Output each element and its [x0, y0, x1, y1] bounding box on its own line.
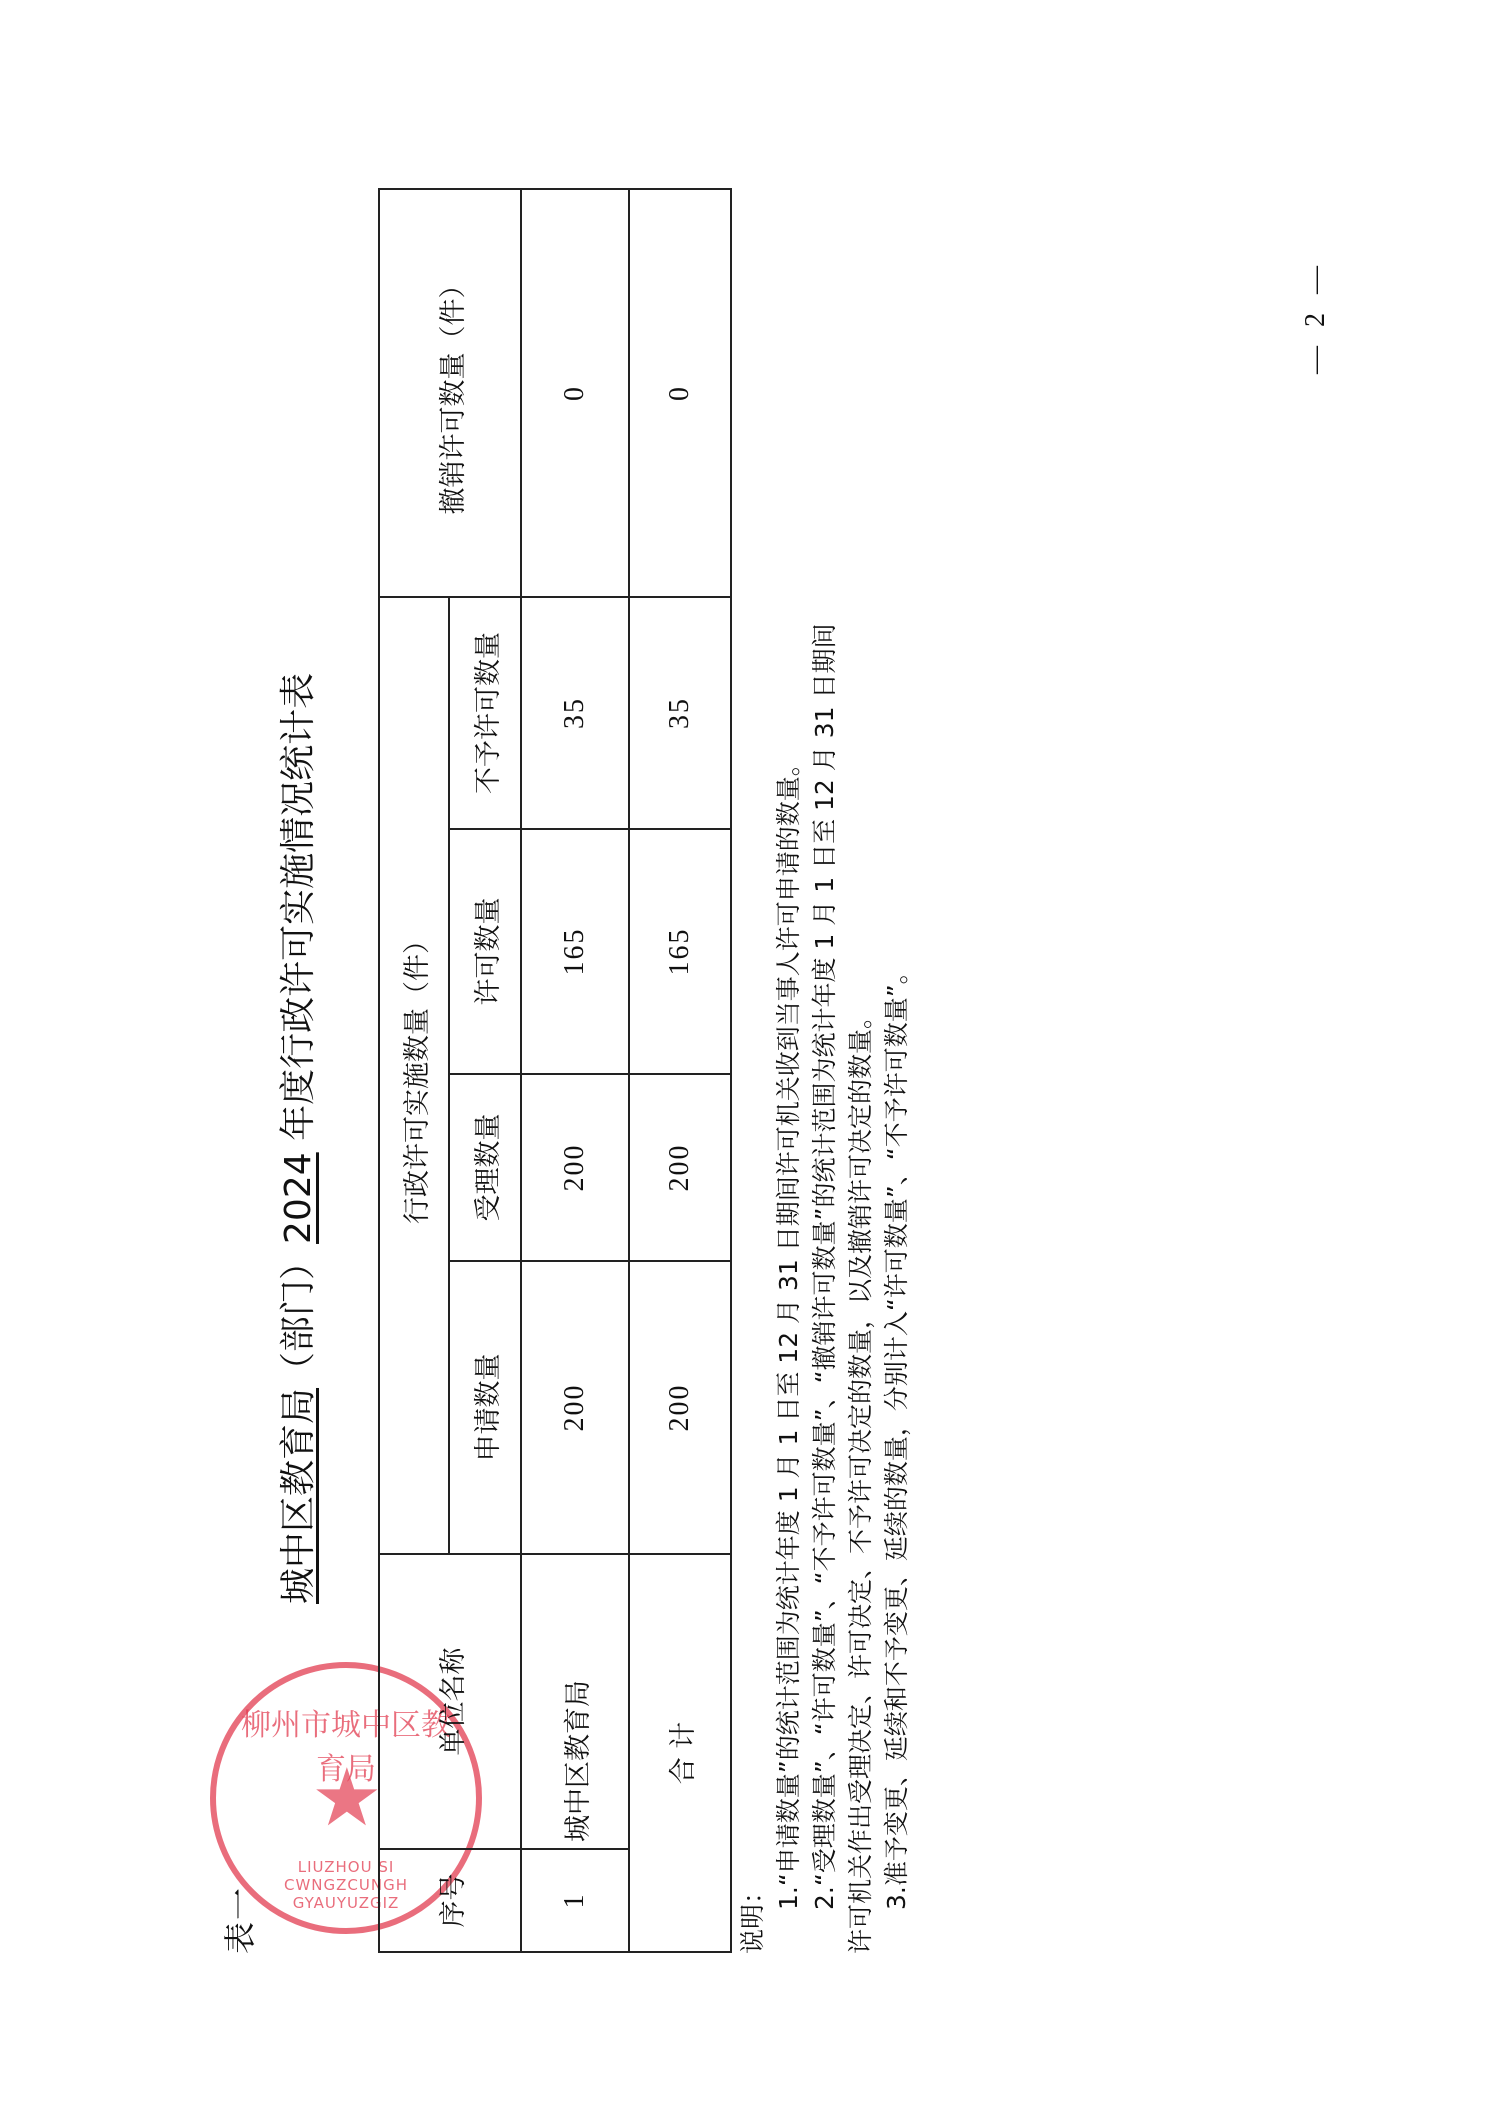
note-item: 2.“受理数量”、“许可数量”、“不予许可数量”、“撤销许可数量”的统计范围为统… [807, 234, 843, 1954]
cell-unit: 城中区教育局 [521, 1554, 629, 1849]
title-year: 2024 [278, 1152, 319, 1244]
table-label: 表一 [215, 1886, 261, 1954]
seal-star-icon: ★ [311, 1763, 383, 1833]
document-page: 表一 城中区教育局（部门）2024 年度行政许可实施情况统计表 柳州市城中区教育… [0, 0, 1488, 2104]
notes-section: 说明： 1.“申请数量”的统计范围为统计年度 1 月 1 日至 12 月 31 … [735, 234, 915, 1954]
header-seq: 序号 [379, 1849, 521, 1952]
header-applied: 申请数量 [449, 1261, 521, 1554]
note-item: 许可机关作出受理决定、许可决定、不予许可决定的数量，以及撤销许可决定的数量。 [843, 234, 879, 1954]
title-rest: 年度行政许可实施情况统计表 [278, 673, 319, 1141]
cell-total-label: 合 计 [629, 1554, 731, 1952]
header-revoked: 撤销许可数量（件） [379, 189, 521, 597]
page-title: 城中区教育局（部门）2024 年度行政许可实施情况统计表 [270, 673, 321, 1604]
cell-denied: 35 [521, 597, 629, 829]
cell-accepted: 200 [521, 1074, 629, 1261]
header-granted: 许可数量 [449, 829, 521, 1074]
cell-total-applied: 200 [629, 1261, 731, 1554]
cell-total-revoked: 0 [629, 189, 731, 597]
header-accepted: 受理数量 [449, 1074, 521, 1261]
title-dept: （部门） [278, 1244, 319, 1388]
cell-total-accepted: 200 [629, 1074, 731, 1261]
statistics-table: 序号 单位名称 行政许可实施数量（件） 撤销许可数量（件） 申请数量 受理数量 … [378, 188, 732, 1953]
cell-revoked: 0 [521, 189, 629, 597]
header-unit: 单位名称 [379, 1554, 521, 1849]
note-item: 1.“申请数量”的统计范围为统计年度 1 月 1 日至 12 月 31 日期间许… [771, 234, 807, 1954]
cell-seq: 1 [521, 1849, 629, 1952]
title-unit: 城中区教育局 [278, 1388, 319, 1604]
notes-heading: 说明： [735, 234, 771, 1954]
header-group: 行政许可实施数量（件） [379, 597, 449, 1554]
cell-total-denied: 35 [629, 597, 731, 829]
cell-total-granted: 165 [629, 829, 731, 1074]
page-number: — 2 — [1300, 260, 1332, 374]
header-denied: 不予许可数量 [449, 597, 521, 829]
cell-granted: 165 [521, 829, 629, 1074]
note-item: 3.准予变更、延续和不予变更、延续的数量，分别计入“许可数量”、“不予许可数量”… [879, 234, 915, 1954]
table-total-row: 合 计 200 200 165 35 0 [629, 189, 731, 1952]
cell-applied: 200 [521, 1261, 629, 1554]
table-row: 1 城中区教育局 200 200 165 35 0 [521, 189, 629, 1952]
